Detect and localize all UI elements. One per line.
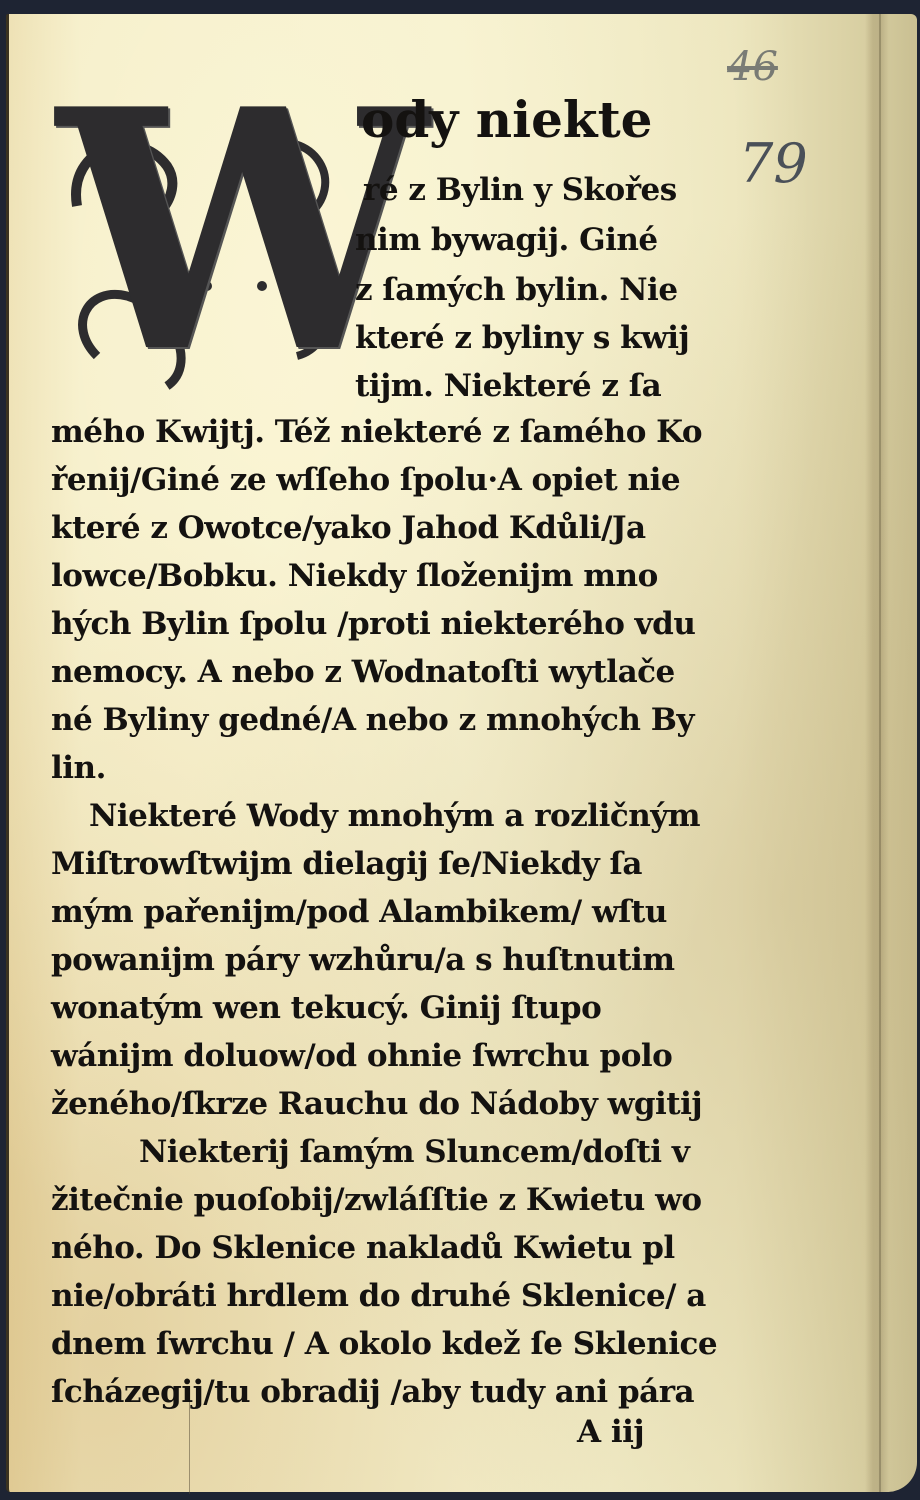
initial-letter: W [57,66,357,396]
text-line: hých Bylin ſpolu /proti niekterého vdu [51,606,695,642]
struck-folio-annotation: 46 [727,44,778,90]
text-line: Niekteré Wody mnohým a rozličným [89,798,700,834]
text-line: žitečnie puoſobij/zwláſſtie z Kwietu wo [51,1182,702,1218]
text-line: powanijm páry wzhůru/a s huſtnutim [51,942,675,978]
text-line: né Byliny gedné/A nebo z mnohých By [51,702,694,738]
text-line: nie/obráti hrdlem do druhé Sklenice/ a [51,1278,706,1314]
text-line: lowce/Bobku. Niekdy ſloženijm mno [51,558,658,594]
heading-text: ody niekte [361,90,652,149]
decorated-initial: W [57,106,357,396]
text-line: dnem ſwrchu / A okolo kdež ſe Sklenice [51,1326,717,1362]
text-line: lin. [51,750,106,786]
text-line: tijm. Niekteré z ſa [355,368,661,404]
book-page: 46 79 W ody niekte ré z Bylin y Skořes n… [6,14,917,1492]
text-line: mým pařenijm/pod Alambikem/ wſtu [51,894,667,930]
folio-annotation: 79 [739,132,808,195]
text-line: řenij/Giné ze wſſeho ſpolu·A opiet nie [51,462,680,498]
text-line: ného. Do Sklenice nakladů Kwietu pl [51,1230,675,1266]
page-gutter-shadow [865,14,889,1492]
text-line: nim bywagij. Giné [355,222,658,258]
text-line: mého Kwijtj. Též niekteré z ſamého Ko [51,414,702,450]
text-line: wánijm doluow/od ohnie ſwrchu polo [51,1038,672,1074]
text-line: z ſamých bylin. Nie [355,272,678,308]
text-line: které z Owotce/yako Jahod Kdůli/Ja [51,510,646,546]
text-line: které z byliny s kwij [355,320,689,356]
text-line: nemocy. A nebo z Wodnatoſti wytlače [51,654,675,690]
text-line: ſcházegij/tu obradij /aby tudy ani pára [51,1374,694,1410]
text-line: ženého/ſkrze Rauchu do Nádoby wgitij [51,1086,702,1122]
text-line: wonatým wen tekucý. Ginij ſtupo [51,990,601,1026]
text-line: Niekterij ſamým Sluncem/doſti v [139,1134,689,1170]
text-line: Miſtrowſtwijm dielagij ſe/Niekdy ſa [51,846,642,882]
text-line: ré z Bylin y Skořes [363,172,677,208]
gutter-crease [879,14,881,1492]
signature-mark: A iij [577,1414,644,1450]
